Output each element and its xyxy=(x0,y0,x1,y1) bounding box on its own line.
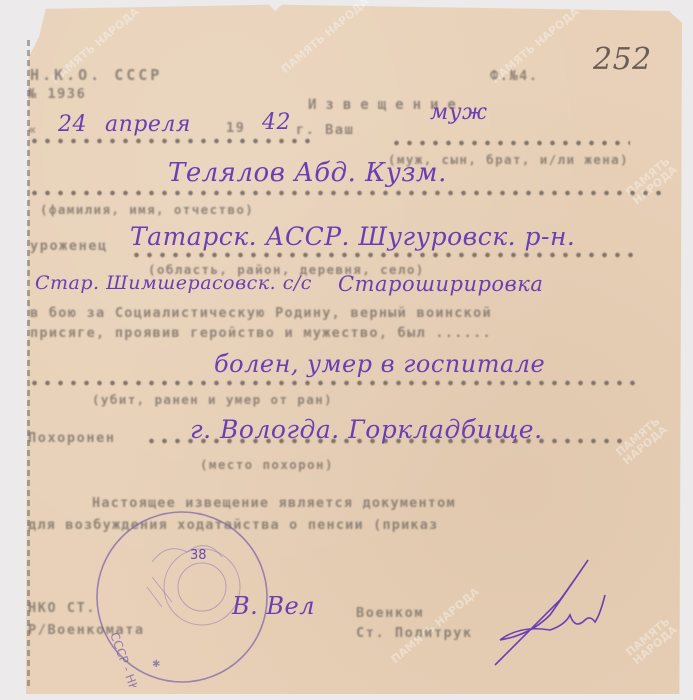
name-caption: (фамилия, имя, отчество) xyxy=(40,202,254,217)
signature-right xyxy=(490,555,620,674)
footer-right-1: Военком xyxy=(356,605,424,621)
date-suffix: г. Ваш xyxy=(296,122,354,138)
dotted-rule xyxy=(390,140,630,146)
relation: муж xyxy=(430,100,488,125)
burial-place: г. Вологда. Горкладбище. xyxy=(190,415,543,444)
dotted-rule xyxy=(28,138,318,144)
date-year: 42 xyxy=(262,110,291,135)
body-line-1: в бою за Социалистическую Родину, верный… xyxy=(30,305,492,321)
burial-label: Похоронен xyxy=(28,430,116,446)
village-name: Староширировка xyxy=(338,272,543,296)
dotted-rule xyxy=(28,190,668,196)
circumstance: болен, умер в госпитале xyxy=(214,350,545,378)
soldier-name: Телялов Абд. Кузм. xyxy=(168,158,447,188)
svg-text:38: 38 xyxy=(190,548,207,563)
form-number: № 1936 xyxy=(28,86,86,102)
date-day: 24 xyxy=(58,112,87,137)
footer-left-1: НКО СТ. xyxy=(28,600,96,616)
dotted-rule xyxy=(130,252,640,258)
signature-left: В. Вел xyxy=(232,592,315,620)
burial-caption: (место похорон) xyxy=(200,457,334,472)
page-number-handwritten: 252 xyxy=(593,42,652,77)
svg-text:✱: ✱ xyxy=(152,659,160,670)
form-code: Ф.№4. xyxy=(490,68,539,84)
org-line: Н.К.О. СССР xyxy=(30,66,162,84)
circumstance-caption: (убит, ранен и умер от ран) xyxy=(92,392,333,407)
date-month: апреля xyxy=(105,112,191,137)
birthplace-value: Татарск. АССР. Шугуровск. р-н. xyxy=(130,222,575,251)
village-council: Стар. Шимшерасовск. с/с xyxy=(35,272,312,294)
signature-scribble-icon xyxy=(490,555,620,670)
svg-text:СССР - НКО: СССР - НКО xyxy=(107,630,145,687)
dotted-rule xyxy=(28,380,636,386)
body-line-2: присяге, проявив геройство и мужество, б… xyxy=(30,325,492,341)
year-prefix: 19 xyxy=(226,120,245,136)
footer-right-2: Ст. Политрук xyxy=(356,625,473,641)
footer-left-2: Р/Военкомата xyxy=(28,622,145,638)
date-open-quote: « xyxy=(28,122,38,138)
birthplace-label: уроженец xyxy=(30,238,108,254)
